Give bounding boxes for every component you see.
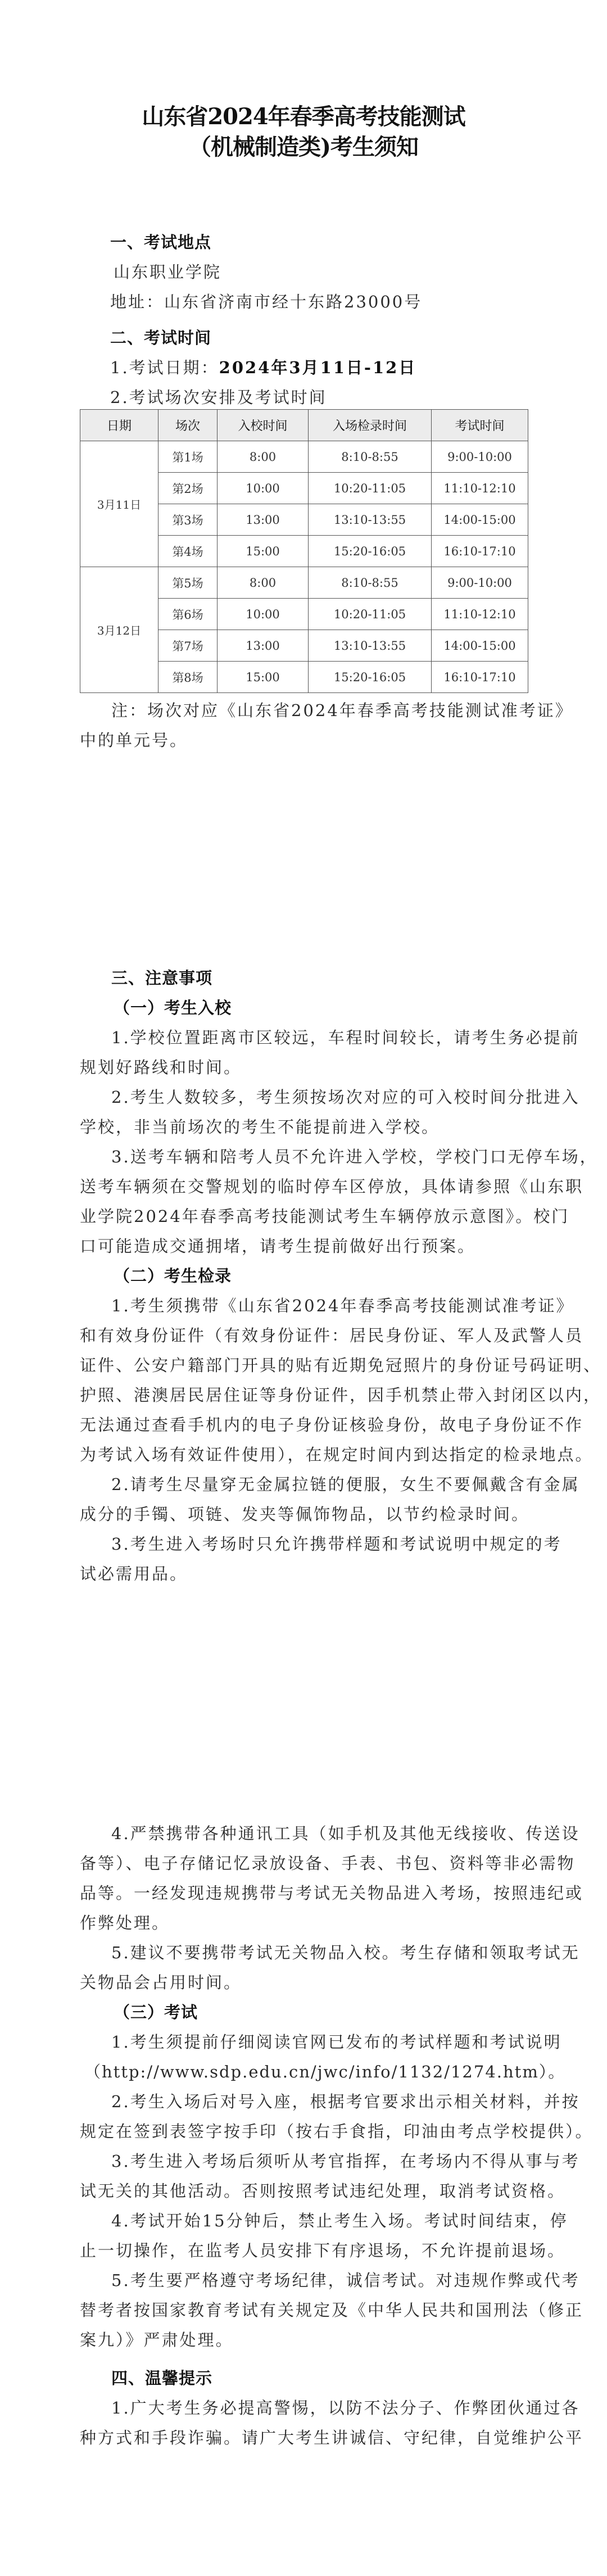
- paragraph-line: 口可能造成交通拥堵，请考生提前做好出行预案。: [80, 1232, 529, 1261]
- section-location: 一、考试地点 山东职业学院 地址：山东省济南市经十东路23000号: [110, 228, 560, 317]
- exam-time-cell: 14:00-15:00: [432, 630, 528, 662]
- paragraph-line: 作弊处理。: [80, 1908, 529, 1938]
- paragraph-line: 1.学校位置距离市区较远，车程时间较长，请考生务必提前: [80, 1023, 529, 1053]
- exam-date-value: 2024年3月11日-12日: [219, 358, 417, 377]
- entry-time-cell: 10:00: [218, 473, 309, 504]
- schedule-label: 2.考试场次安排及考试时间: [110, 383, 560, 413]
- entry-time-cell: 15:00: [218, 662, 309, 693]
- paragraph-line: 3.考生进入考场时只允许携带样题和考试说明中规定的考: [80, 1529, 529, 1559]
- session-cell: 第8场: [158, 662, 218, 693]
- list-item: 5.考生要严格遵守考场纪律，诚信考试。对违规作弊或代考 替考者按国家教育考试有关…: [80, 2266, 529, 2355]
- paragraph-line: 4.严禁携带各种通讯工具（如手机及其他无线接收、传送设: [80, 1819, 529, 1849]
- paragraph-line: 关物品会占用时间。: [80, 1968, 529, 1998]
- list-item: 2.考生人数较多，考生须按场次对应的可入校时间分批进入 学校，非当前场次的考生不…: [80, 1083, 529, 1142]
- checkin-time-cell: 15:20-16:05: [309, 536, 432, 567]
- session-cell: 第1场: [158, 441, 218, 473]
- exam-time-cell: 9:00-10:00: [432, 441, 528, 473]
- exam-time-cell: 14:00-15:00: [432, 504, 528, 536]
- subsection-heading: （三）考试: [80, 1998, 529, 2027]
- entry-time-cell: 13:00: [218, 630, 309, 662]
- paragraph-line: 成分的手镯、项链、发夹等佩饰物品，以节约检录时间。: [80, 1500, 529, 1529]
- entry-time-cell: 8:00: [218, 441, 309, 473]
- list-item: 4.严禁携带各种通讯工具（如手机及其他无线接收、传送设 备等）、电子存储记忆录放…: [80, 1819, 529, 1938]
- section-notices-continued: 4.严禁携带各种通讯工具（如手机及其他无线接收、传送设 备等）、电子存储记忆录放…: [80, 1819, 529, 2355]
- paragraph-line: 规划好路线和时间。: [80, 1053, 529, 1083]
- paragraph-line: 为考试入场有效证件使用），在规定时间内到达指定的检录地点。: [80, 1440, 529, 1470]
- paragraph-line: 4.考试开始15分钟后，禁止考生入场。考试时间结束，停: [80, 2206, 529, 2236]
- column-header-date: 日期: [80, 410, 158, 441]
- paragraph-line: 2.考生入场后对号入座，根据考官要求出示相关材料，并按: [80, 2087, 529, 2117]
- section-heading: 二、考试时间: [110, 323, 560, 353]
- paragraph-line: 3.考生进入考场后须听从考官指挥，在考场内不得从事与考: [80, 2147, 529, 2176]
- session-cell: 第7场: [158, 630, 218, 662]
- entry-time-cell: 8:00: [218, 567, 309, 599]
- paragraph-line: 1.考生须提前仔细阅读官网已发布的考试样题和考试说明: [80, 2027, 529, 2057]
- table-header-row: 日期 场次 入校时间 入场检录时间 考试时间: [80, 410, 528, 441]
- note-line: 中的单元号。: [80, 726, 529, 755]
- list-item: 1.考生须携带《山东省2024年春季高考技能测试准考证》 和有效身份证件（有效身…: [80, 1291, 529, 1470]
- session-cell: 第4场: [158, 536, 218, 567]
- paragraph-line: 2.考生人数较多，考生须按场次对应的可入校时间分批进入: [80, 1083, 529, 1112]
- paragraph-line: 止一切操作，在监考人员安排下有序退场，不允许提前退场。: [80, 2236, 529, 2266]
- paragraph-line: 送考车辆须在交警规划的临时停车区停放，具体请参照《山东职: [80, 1172, 529, 1202]
- paragraph-line: 品等。一经发现违规携带与考试无关物品进入考场，按照违纪或: [80, 1878, 529, 1908]
- checkin-time-cell: 8:10-8:55: [309, 567, 432, 599]
- checkin-time-cell: 8:10-8:55: [309, 441, 432, 473]
- paragraph-line: 证件、公安户籍部门开具的贴有近期免冠照片的身份证号码证明、: [80, 1351, 529, 1380]
- exam-time-cell: 9:00-10:00: [432, 567, 528, 599]
- list-item: 4.考试开始15分钟后，禁止考生入场。考试时间结束，停 止一切操作，在监考人员安…: [80, 2206, 529, 2266]
- checkin-time-cell: 10:20-11:05: [309, 599, 432, 630]
- exam-time-cell: 16:10-17:10: [432, 536, 528, 567]
- document-title-line-1: 山东省2024年春季高考技能测试: [0, 102, 607, 132]
- paragraph-line: 规定在签到表签字按手印（按右手食指，印油由考点学校提供）。: [80, 2117, 529, 2147]
- exam-time-cell: 16:10-17:10: [432, 662, 528, 693]
- section-time: 二、考试时间 1.考试日期：2024年3月11日-12日 2.考试场次安排及考试…: [110, 323, 560, 413]
- subsection-heading: （二）考生检录: [80, 1261, 529, 1291]
- paragraph-line: 无法通过查看手机内的电子身份证核验身份，故电子身份证不作: [80, 1410, 529, 1440]
- paragraph-line: 案九）》严肃处理。: [80, 2325, 529, 2355]
- session-cell: 第6场: [158, 599, 218, 630]
- column-header-session: 场次: [158, 410, 218, 441]
- section-tips: 四、温馨提示 1.广大考生务必提高警惕，以防不法分子、作弊团伙通过各 种方式和手…: [80, 2364, 529, 2453]
- list-item: 2.请考生尽量穿无金属拉链的便服，女生不要佩戴含有金属 成分的手镯、项链、发夹等…: [80, 1470, 529, 1529]
- list-item: 1.学校位置距离市区较远，车程时间较长，请考生务必提前 规划好路线和时间。: [80, 1023, 529, 1083]
- schedule-table: 日期 场次 入校时间 入场检录时间 考试时间 3月11日 第1场 8:00 8:…: [80, 409, 528, 693]
- checkin-time-cell: 15:20-16:05: [309, 662, 432, 693]
- session-cell: 第2场: [158, 473, 218, 504]
- column-header-entry-time: 入校时间: [218, 410, 309, 441]
- school-address: 地址：山东省济南市经十东路23000号: [110, 287, 560, 317]
- paragraph-line: 3.送考车辆和陪考人员不允许进入学校，学校门口无停车场，: [80, 1142, 529, 1172]
- table-note: 注：场次对应《山东省2024年春季高考技能测试准考证》 中的单元号。: [80, 696, 529, 755]
- date-cell: 3月12日: [80, 567, 158, 693]
- checkin-time-cell: 10:20-11:05: [309, 473, 432, 504]
- paragraph-line: 5.考生要严格遵守考场纪律，诚信考试。对违规作弊或代考: [80, 2266, 529, 2296]
- paragraph-line: 试必需用品。: [80, 1559, 529, 1589]
- list-item: 1.考生须提前仔细阅读官网已发布的考试样题和考试说明 （http://www.s…: [80, 2027, 529, 2087]
- paragraph-line: 1.考生须携带《山东省2024年春季高考技能测试准考证》: [80, 1291, 529, 1321]
- section-heading: 四、温馨提示: [80, 2364, 529, 2393]
- paragraph-line: 种方式和手段诈骗。请广大考生讲诚信、守纪律，自觉维护公平: [80, 2423, 529, 2453]
- exam-date: 1.考试日期：2024年3月11日-12日: [110, 353, 560, 383]
- exam-date-label: 1.考试日期：: [110, 358, 219, 377]
- paragraph-line: 1.广大考生务必提高警惕，以防不法分子、作弊团伙通过各: [80, 2393, 529, 2423]
- table-row: 3月11日 第1场 8:00 8:10-8:55 9:00-10:00: [80, 441, 528, 473]
- checkin-time-cell: 13:10-13:55: [309, 504, 432, 536]
- paragraph-line: 试无关的其他活动。否则按照考试违纪处理，取消考试资格。: [80, 2176, 529, 2206]
- list-item: 3.送考车辆和陪考人员不允许进入学校，学校门口无停车场， 送考车辆须在交警规划的…: [80, 1142, 529, 1261]
- school-name: 山东职业学院: [110, 257, 560, 287]
- paragraph-line: 护照、港澳居民居住证等身份证件，因手机禁止带入封闭区以内，: [80, 1380, 529, 1410]
- note-line: 注：场次对应《山东省2024年春季高考技能测试准考证》: [80, 696, 529, 726]
- section-heading: 一、考试地点: [110, 228, 560, 257]
- entry-time-cell: 15:00: [218, 536, 309, 567]
- subsection-heading: （一）考生入校: [80, 993, 529, 1023]
- paragraph-line: 业学院2024年春季高考技能测试考生车辆停放示意图》。校门: [80, 1202, 529, 1232]
- column-header-checkin-time: 入场检录时间: [309, 410, 432, 441]
- session-cell: 第3场: [158, 504, 218, 536]
- paragraph-line: 2.请考生尽量穿无金属拉链的便服，女生不要佩戴含有金属: [80, 1470, 529, 1500]
- list-item: 2.考生入场后对号入座，根据考官要求出示相关材料，并按 规定在签到表签字按手印（…: [80, 2087, 529, 2147]
- document-title-line-2: （机械制造类)考生须知: [0, 132, 607, 162]
- entry-time-cell: 10:00: [218, 599, 309, 630]
- paragraph-line: 和有效身份证件（有效身份证件：居民身份证、军人及武警人员: [80, 1321, 529, 1351]
- list-item: 3.考生进入考场后须听从考官指挥，在考场内不得从事与考 试无关的其他活动。否则按…: [80, 2147, 529, 2206]
- table-row: 3月12日 第5场 8:00 8:10-8:55 9:00-10:00: [80, 567, 528, 599]
- session-cell: 第5场: [158, 567, 218, 599]
- paragraph-line: 学校，非当前场次的考生不能提前进入学校。: [80, 1112, 529, 1142]
- exam-time-cell: 11:10-12:10: [432, 599, 528, 630]
- paragraph-line: 替考者按国家教育考试有关规定及《中华人民共和国刑法（修正: [80, 2296, 529, 2325]
- document-page: 山东省2024年春季高考技能测试 （机械制造类)考生须知 一、考试地点 山东职业…: [0, 0, 607, 2576]
- paragraph-line: 备等）、电子存储记忆录放设备、手表、书包、资料等非必需物: [80, 1849, 529, 1878]
- paragraph-line: 5.建议不要携带考试无关物品入校。考生存储和领取考试无: [80, 1938, 529, 1968]
- section-heading: 三、注意事项: [80, 963, 529, 993]
- date-cell: 3月11日: [80, 441, 158, 567]
- list-item: 1.广大考生务必提高警惕，以防不法分子、作弊团伙通过各 种方式和手段诈骗。请广大…: [80, 2393, 529, 2453]
- list-item: 5.建议不要携带考试无关物品入校。考生存储和领取考试无 关物品会占用时间。: [80, 1938, 529, 1998]
- exam-time-cell: 11:10-12:10: [432, 473, 528, 504]
- section-notices: 三、注意事项 （一）考生入校 1.学校位置距离市区较远，车程时间较长，请考生务必…: [80, 963, 529, 1589]
- column-header-exam-time: 考试时间: [432, 410, 528, 441]
- checkin-time-cell: 13:10-13:55: [309, 630, 432, 662]
- exam-info-link[interactable]: （http://www.sdp.edu.cn/jwc/info/1132/127…: [80, 2057, 529, 2087]
- list-item: 3.考生进入考场时只允许携带样题和考试说明中规定的考 试必需用品。: [80, 1529, 529, 1589]
- entry-time-cell: 13:00: [218, 504, 309, 536]
